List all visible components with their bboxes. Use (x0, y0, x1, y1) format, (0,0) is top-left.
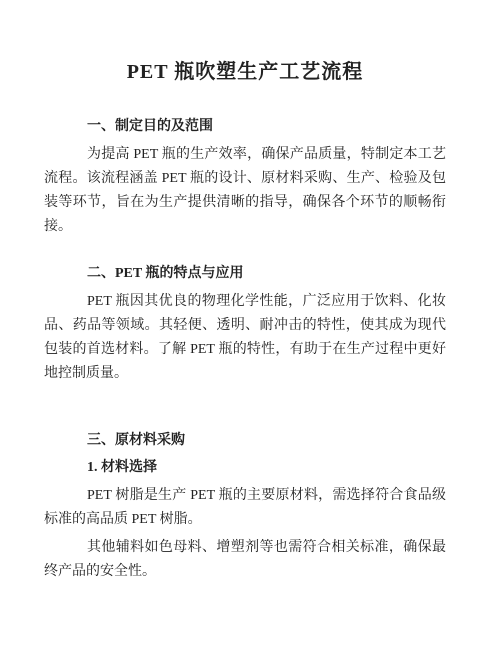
section-3-heading: 三、原材料采购 (44, 429, 446, 453)
section-2-paragraph: PET 瓶因其优良的物理化学性能，广泛应用于饮料、化妆品、药品等领域。其轻便、透… (44, 290, 446, 386)
section-1-heading: 一、制定目的及范围 (44, 115, 446, 139)
section-3-subheading: 1. 材料选择 (44, 456, 446, 480)
section-3-paragraph-2: 其他辅料如色母料、增塑剂等也需符合相关标准，确保最终产品的安全性。 (44, 536, 446, 584)
document-page: PET 瓶吹塑生产工艺流程 一、制定目的及范围 为提高 PET 瓶的生产效率，确… (0, 0, 500, 647)
section-3-paragraph-1: PET 树脂是生产 PET 瓶的主要原材料，需选择符合食品级标准的高品质 PET… (44, 484, 446, 532)
section-2-heading: 二、PET 瓶的特点与应用 (44, 262, 446, 286)
document-title: PET 瓶吹塑生产工艺流程 (44, 60, 446, 84)
section-1-paragraph: 为提高 PET 瓶的生产效率，确保产品质量，特制定本工艺流程。该流程涵盖 PET… (44, 143, 446, 239)
